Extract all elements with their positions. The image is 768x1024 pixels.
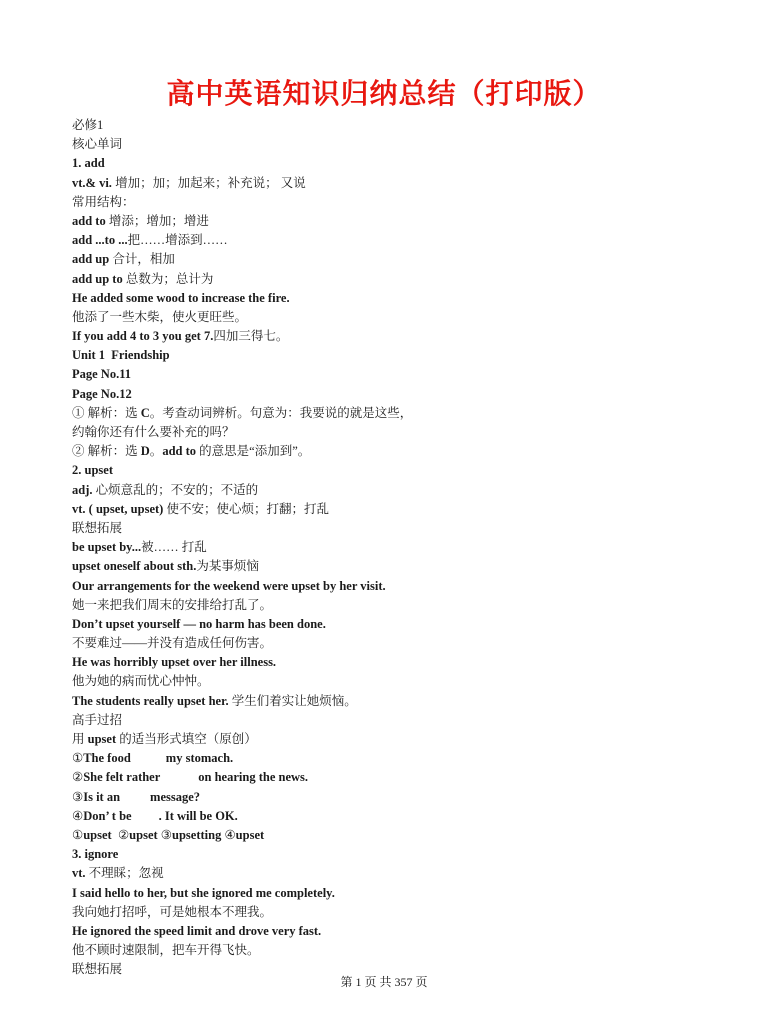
text-run-bold: vt.& vi. bbox=[72, 176, 112, 190]
text-run: 我向她打招呼，可是她根本不理我。 bbox=[72, 905, 272, 919]
text-line: 联想拓展 bbox=[72, 519, 742, 538]
text-run-bold: add up to bbox=[72, 272, 126, 286]
text-run: 增添；增加；增进 bbox=[109, 214, 209, 228]
text-run-bold: Our arrangements for the weekend were up… bbox=[72, 579, 386, 593]
text-line: He added some wood to increase the fire. bbox=[72, 289, 742, 308]
text-line: be upset by...被…… 打乱 bbox=[72, 538, 742, 557]
text-run: 总数为；总计为 bbox=[126, 272, 214, 286]
text-run: 为某事烦恼 bbox=[196, 559, 259, 573]
text-run-bold: 1. add bbox=[72, 156, 105, 170]
text-run-bold: Is it an bbox=[83, 790, 120, 804]
text-run-bold: D bbox=[141, 444, 150, 458]
text-line: ②She felt ratheron hearing the news. bbox=[72, 768, 742, 787]
text-run-bold: upset bbox=[129, 828, 161, 842]
text-line: The students really upset her. 学生们着实让她烦恼… bbox=[72, 692, 742, 711]
text-run-bold: vt. bbox=[72, 866, 86, 880]
text-run-bold: add to bbox=[72, 214, 109, 228]
text-run: 他添了一些木柴，使火更旺些。 bbox=[72, 310, 247, 324]
text-run-bold: message? bbox=[150, 790, 200, 804]
text-run: ① bbox=[72, 828, 83, 842]
text-line: add up to 总数为；总计为 bbox=[72, 270, 742, 289]
text-line: Page No.12 bbox=[72, 385, 742, 404]
text-run: 用 bbox=[72, 732, 88, 746]
text-line: 3. ignore bbox=[72, 845, 742, 864]
text-line: 她一来把我们周末的安排给打乱了。 bbox=[72, 596, 742, 615]
text-run: ③ bbox=[161, 828, 172, 842]
text-run: 联想拓展 bbox=[72, 521, 122, 535]
text-run-bold: He ignored the speed limit and drove ver… bbox=[72, 924, 321, 938]
text-run-bold: upset bbox=[88, 732, 120, 746]
text-run-bold: C bbox=[141, 406, 150, 420]
text-run-bold: upset bbox=[83, 828, 118, 842]
text-run: 。考查动词辨析。句意为：我要说的就是这些， bbox=[150, 406, 413, 420]
text-line: ③Is it anmessage? bbox=[72, 788, 742, 807]
text-run-bold: The food bbox=[83, 751, 131, 765]
text-line: He ignored the speed limit and drove ver… bbox=[72, 922, 742, 941]
text-line: vt. 不理睬；忽视 bbox=[72, 864, 742, 883]
text-run: 把……增添到…… bbox=[128, 233, 228, 247]
text-run: 不理睬；忽视 bbox=[86, 866, 164, 880]
text-line: 必修1 bbox=[72, 116, 742, 135]
text-run-bold: Don’t upset yourself — no harm has been … bbox=[72, 617, 326, 631]
text-run-bold: 2. upset bbox=[72, 463, 113, 477]
text-run: 高手过招 bbox=[72, 713, 122, 727]
text-line: If you add 4 to 3 you get 7.四加三得七。 bbox=[72, 327, 742, 346]
document-title: 高中英语知识归纳总结（打印版） bbox=[0, 78, 768, 112]
text-run-bold: upsetting bbox=[172, 828, 224, 842]
text-run-bold: He was horribly upset over her illness. bbox=[72, 655, 276, 669]
text-run-bold: Unit 1 Friendship bbox=[72, 348, 170, 362]
text-run-bold: If you add 4 to 3 you get 7. bbox=[72, 329, 213, 343]
text-line: He was horribly upset over her illness. bbox=[72, 653, 742, 672]
text-run: ② bbox=[118, 828, 129, 842]
text-line: ① 解析：选 C。考查动词辨析。句意为：我要说的就是这些， bbox=[72, 404, 742, 423]
text-run: ② bbox=[72, 770, 83, 784]
text-run: ④ bbox=[224, 828, 235, 842]
text-line: 他不顾时速限制，把车开得飞快。 bbox=[72, 941, 742, 960]
text-run-bold: add up bbox=[72, 252, 112, 266]
text-line: 常用结构： bbox=[72, 193, 742, 212]
text-run-bold: on hearing the news. bbox=[198, 770, 308, 784]
text-run-bold: . It will be OK. bbox=[159, 809, 238, 823]
fill-in-blank bbox=[131, 760, 166, 762]
text-line: Unit 1 Friendship bbox=[72, 346, 742, 365]
text-run: 不要难过——并没有造成任何伤害。 bbox=[72, 636, 272, 650]
text-line: vt. ( upset, upset) 使不安；使心烦；打翻；打乱 bbox=[72, 500, 742, 519]
text-line: adj. 心烦意乱的；不安的；不适的 bbox=[72, 481, 742, 500]
text-run: 他为她的病而忧心忡忡。 bbox=[72, 674, 210, 688]
text-line: 2. upset bbox=[72, 461, 742, 480]
document-page: 高中英语知识归纳总结（打印版） 必修1核心单词1. addvt.& vi. 增加… bbox=[0, 0, 768, 1024]
text-run: ① bbox=[72, 751, 83, 765]
text-run-bold: vt. ( upset, upset) bbox=[72, 502, 166, 516]
fill-in-blank bbox=[120, 799, 150, 801]
text-line: ①The foodmy stomach. bbox=[72, 749, 742, 768]
text-run-bold: Don’ t be bbox=[83, 809, 131, 823]
text-run-bold: my stomach. bbox=[166, 751, 233, 765]
text-line: 核心单词 bbox=[72, 135, 742, 154]
text-line: vt.& vi. 增加；加；加起来；补充说； 又说 bbox=[72, 174, 742, 193]
text-run-bold: adj. bbox=[72, 483, 93, 497]
text-run-bold: upset oneself about sth. bbox=[72, 559, 196, 573]
text-run-bold: I said hello to her, but she ignored me … bbox=[72, 886, 335, 900]
text-run-bold: 3. ignore bbox=[72, 847, 118, 861]
text-run: 的意思是“添加到”。 bbox=[199, 444, 310, 458]
text-run-bold: add ...to ... bbox=[72, 233, 128, 247]
text-run-bold: He added some wood to increase the fire. bbox=[72, 291, 290, 305]
text-run: 增加；加；加起来；补充说； 又说 bbox=[112, 176, 306, 190]
text-run: 合计，相加 bbox=[112, 252, 175, 266]
text-line: 用 upset 的适当形式填空（原创） bbox=[72, 730, 742, 749]
text-line: Page No.11 bbox=[72, 365, 742, 384]
text-run: ① 解析：选 bbox=[72, 406, 141, 420]
text-run: 四加三得七。 bbox=[213, 329, 288, 343]
fill-in-blank bbox=[132, 818, 159, 820]
text-run-bold: be upset by... bbox=[72, 540, 141, 554]
text-run: 他不顾时速限制，把车开得飞快。 bbox=[72, 943, 260, 957]
fill-in-blank bbox=[160, 779, 198, 781]
document-body: 必修1核心单词1. addvt.& vi. 增加；加；加起来；补充说； 又说常用… bbox=[72, 116, 742, 979]
text-line: 他为她的病而忧心忡忡。 bbox=[72, 672, 742, 691]
text-run-bold: Page No.11 bbox=[72, 367, 131, 381]
text-line: add to 增添；增加；增进 bbox=[72, 212, 742, 231]
text-run-bold: The students really upset her. bbox=[72, 694, 232, 708]
text-run-bold: upset bbox=[236, 828, 264, 842]
text-line: 高手过招 bbox=[72, 711, 742, 730]
text-line: 约翰你还有什么要补充的吗？ bbox=[72, 423, 742, 442]
text-run: 核心单词 bbox=[72, 137, 122, 151]
text-line: add up 合计，相加 bbox=[72, 250, 742, 269]
text-line: Don’t upset yourself — no harm has been … bbox=[72, 615, 742, 634]
text-run: 使不安；使心烦；打翻；打乱 bbox=[166, 502, 329, 516]
text-run-bold: She felt rather bbox=[83, 770, 160, 784]
text-line: add ...to ...把……增添到…… bbox=[72, 231, 742, 250]
text-line: 他添了一些木柴，使火更旺些。 bbox=[72, 308, 742, 327]
page-footer: 第 1 页 共 357 页 bbox=[0, 975, 768, 989]
text-line: 不要难过——并没有造成任何伤害。 bbox=[72, 634, 742, 653]
text-line: ④Don’ t be. It will be OK. bbox=[72, 807, 742, 826]
text-run-bold: add to bbox=[162, 444, 199, 458]
text-run: 。 bbox=[150, 444, 163, 458]
text-run: 她一来把我们周末的安排给打乱了。 bbox=[72, 598, 272, 612]
text-run: ② 解析：选 bbox=[72, 444, 141, 458]
text-line: ② 解析：选 D。add to 的意思是“添加到”。 bbox=[72, 442, 742, 461]
text-run: ③ bbox=[72, 790, 83, 804]
text-run: 心烦意乱的；不安的；不适的 bbox=[93, 483, 259, 497]
text-run-bold: Page No.12 bbox=[72, 387, 132, 401]
text-run: 被…… 打乱 bbox=[141, 540, 207, 554]
text-run: 学生们着实让她烦恼。 bbox=[232, 694, 357, 708]
text-run: ④ bbox=[72, 809, 83, 823]
text-line: I said hello to her, but she ignored me … bbox=[72, 884, 742, 903]
text-line: 我向她打招呼，可是她根本不理我。 bbox=[72, 903, 742, 922]
text-run: 常用结构： bbox=[72, 195, 135, 209]
text-line: Our arrangements for the weekend were up… bbox=[72, 577, 742, 596]
text-line: ①upset ②upset ③upsetting ④upset bbox=[72, 826, 742, 845]
text-run: 的适当形式填空（原创） bbox=[119, 732, 257, 746]
text-run: 约翰你还有什么要补充的吗？ bbox=[72, 425, 235, 439]
text-line: 1. add bbox=[72, 154, 742, 173]
text-line: upset oneself about sth.为某事烦恼 bbox=[72, 557, 742, 576]
text-run: 必修1 bbox=[72, 118, 103, 132]
